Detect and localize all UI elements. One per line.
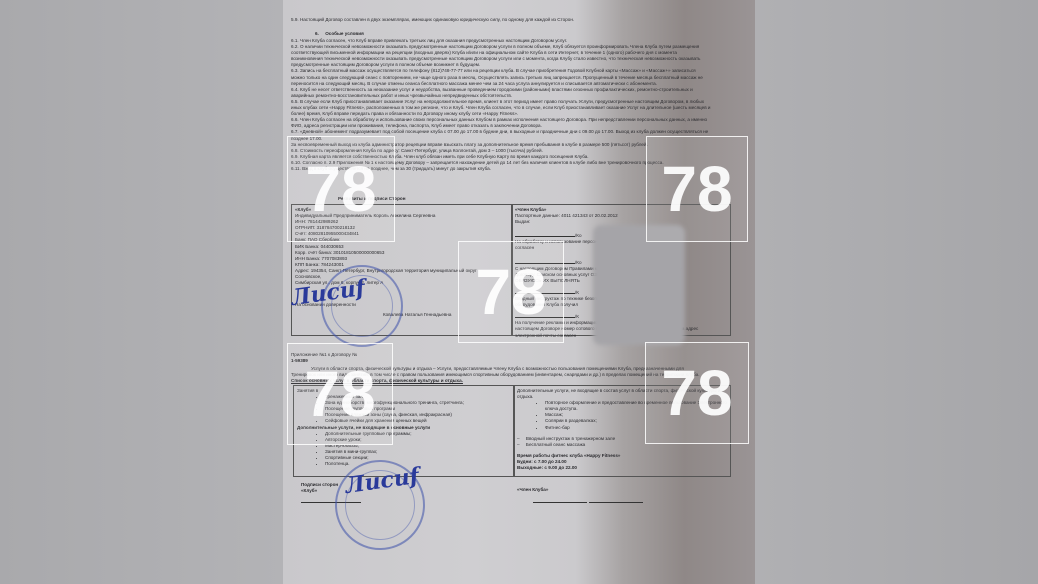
clause-5-9: 5.9. Настоящий Договор составлен в двух … [291, 17, 741, 23]
list-item: Полотенца. [325, 461, 511, 467]
watermark-78: 78 [646, 136, 748, 242]
watermark-78: 78 [458, 241, 564, 343]
watermark-78: 78 [287, 136, 395, 242]
member-signature-line-1 [533, 502, 587, 503]
club-signature-top: Лиcuf [291, 285, 365, 301]
redaction-block [593, 225, 685, 345]
signature-member-label: «Член Клуба» [517, 487, 741, 493]
clause-line: 6.3. Запись на бесплатный массаж осущест… [291, 68, 741, 74]
clause-line: можно только на один следующий сеанс с п… [291, 75, 741, 81]
watermark-78: 78 [645, 342, 749, 444]
clause-line: 6.4. Клуб не несет ответственность за не… [291, 87, 741, 93]
club-signature-bottom: Лиcuf [345, 473, 419, 489]
member-signature-line-2 [589, 502, 643, 503]
section-6-heading: 6. Особые условия [315, 31, 741, 37]
watermark-78: 78 [287, 343, 393, 445]
clause-line: 6.7. «Дневной» абонемент подразумевает п… [291, 129, 741, 135]
